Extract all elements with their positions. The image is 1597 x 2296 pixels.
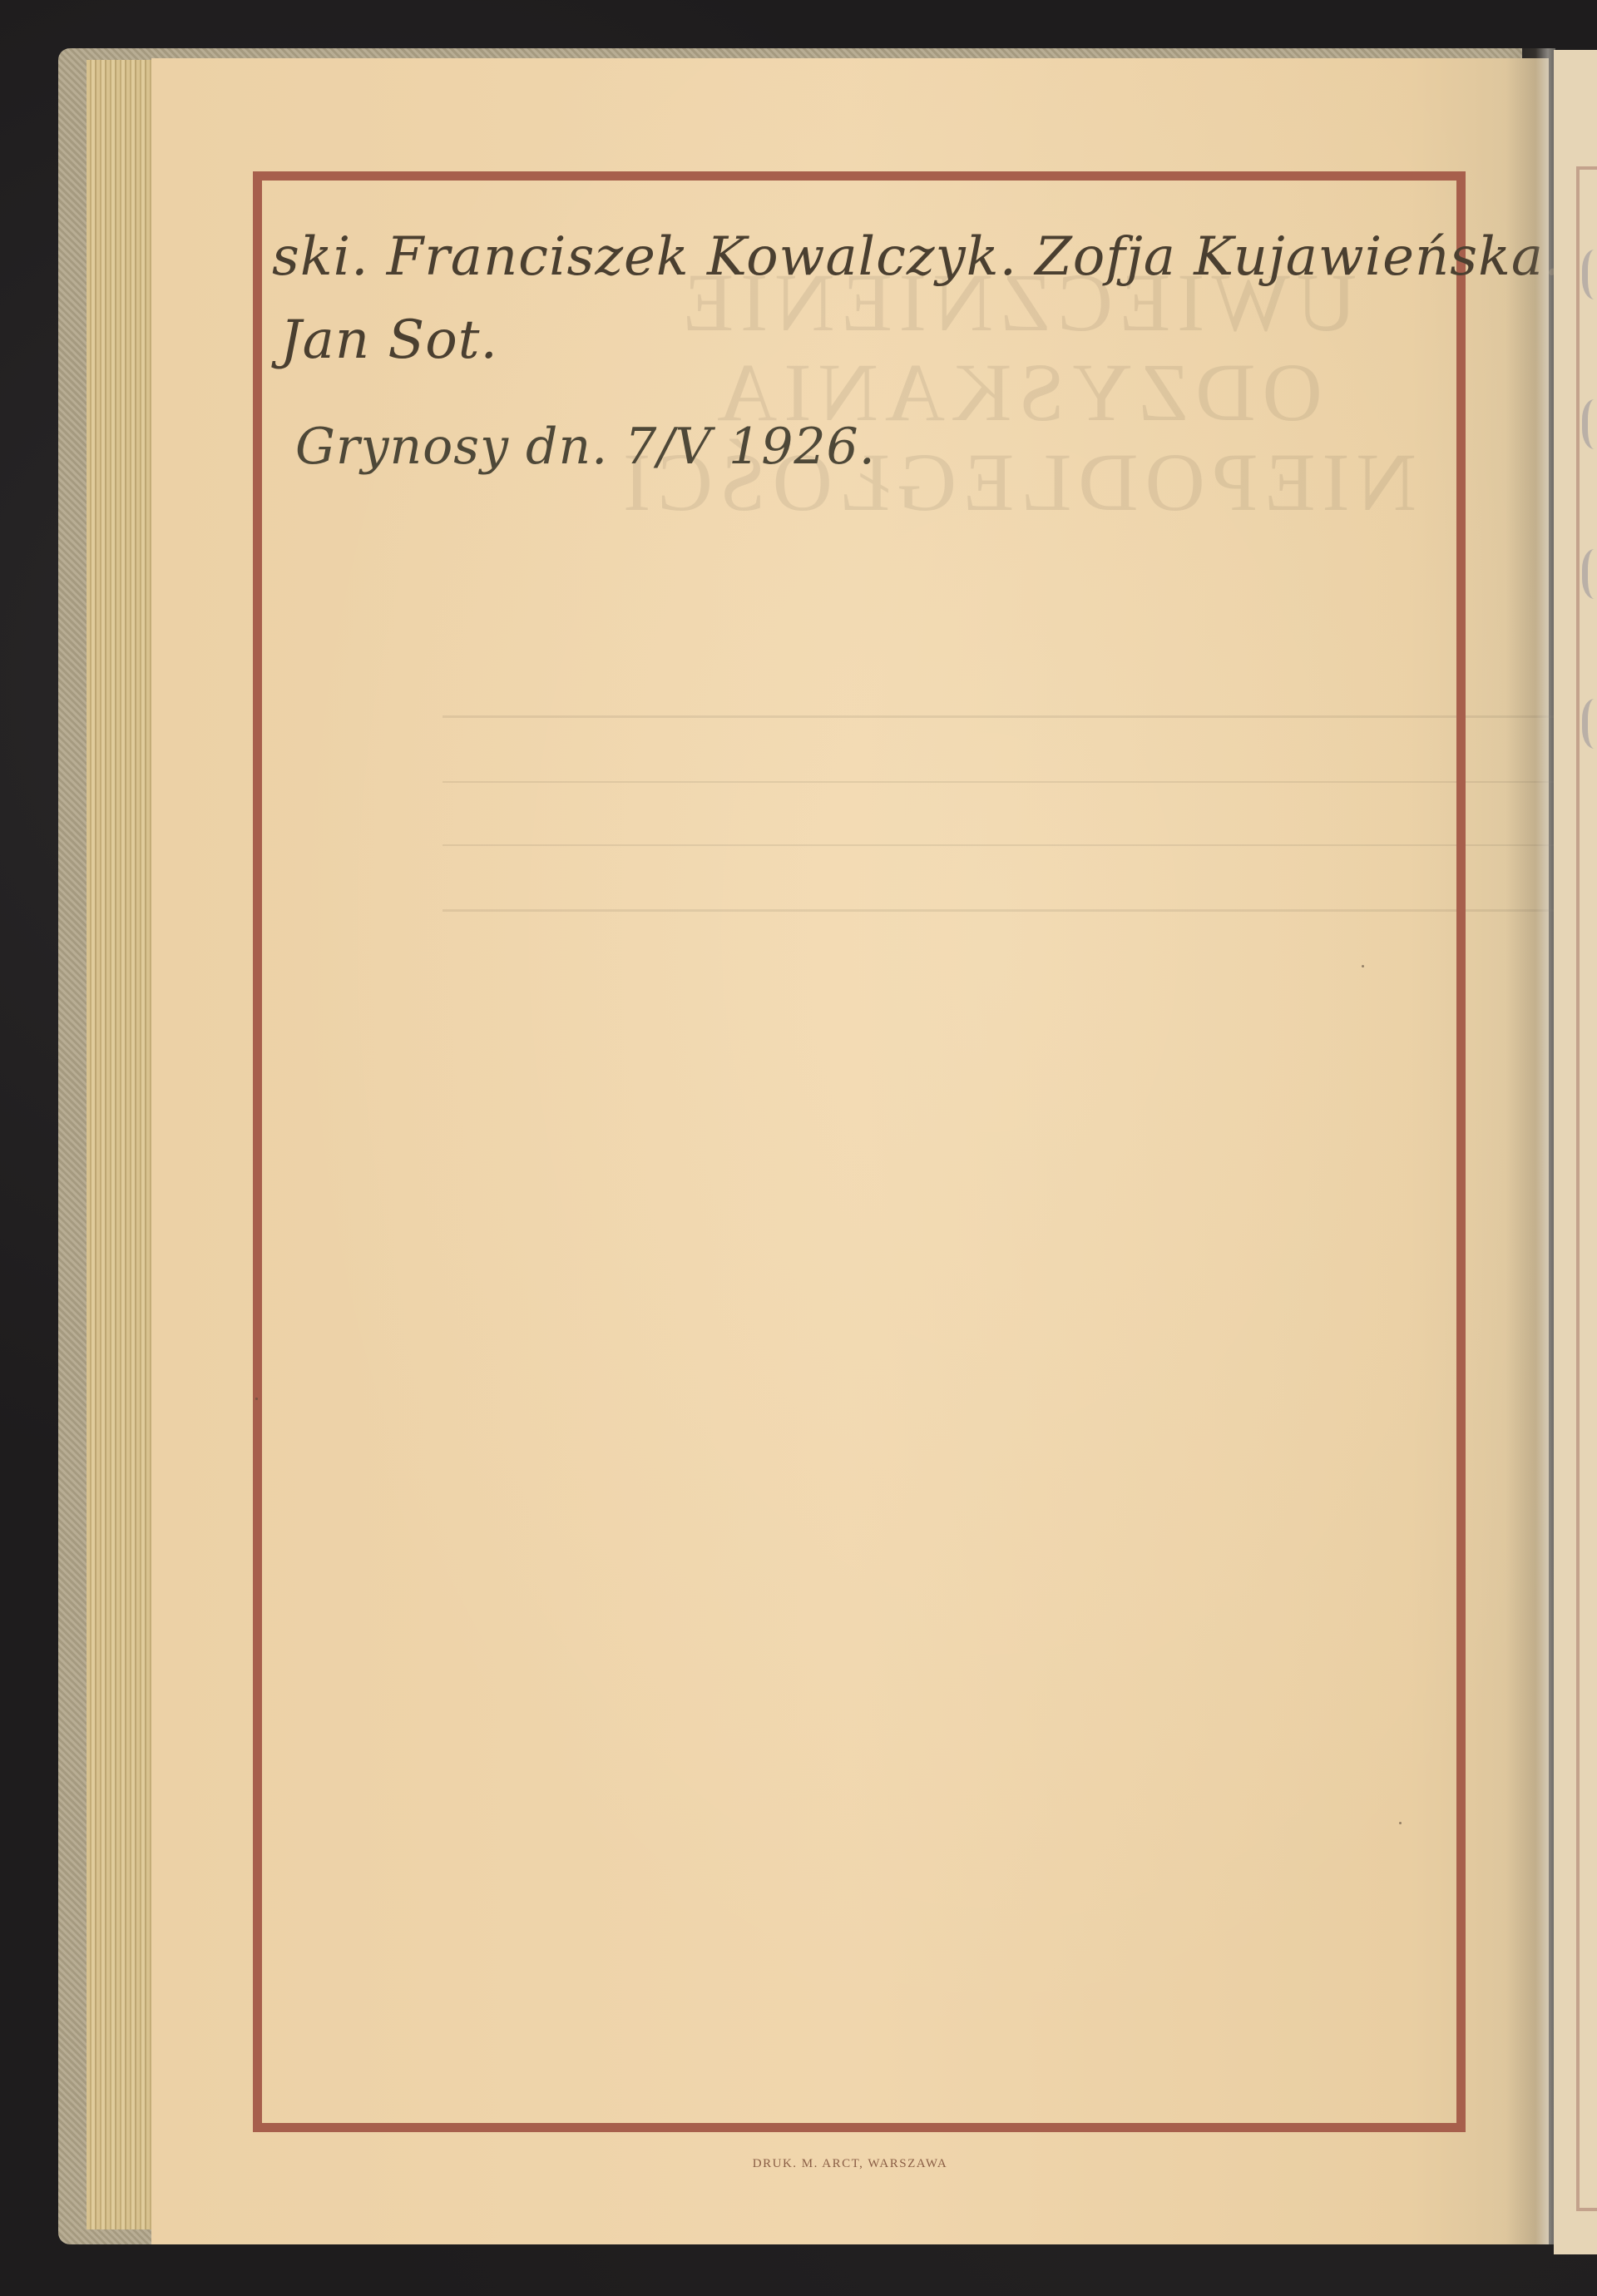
adjacent-page-frame [1576,166,1597,2211]
paper-speck [255,1398,258,1400]
handwritten-place-date: Grynosy dn. 7/V 1926. [295,418,876,476]
adjacent-page-glyph [1582,399,1597,449]
handwritten-name-jan-sot: Jan Sot. [280,309,498,371]
handwritten-names-line: ski. Franciszek Kowalczyk. Zofja Kujawie… [272,226,1561,288]
printer-mark: DRUK. M. ARCT, WARSZAWA [151,2157,1549,2171]
page-block-edges [87,60,153,2229]
decorative-frame: ski. Franciszek Kowalczyk. Zofja Kujawie… [253,171,1466,2132]
book-page: UWIECZNIENIE ODZYSKANIA NIEPODLEGŁOŚCI s… [151,58,1549,2244]
gutter-shadow [1506,48,1555,2244]
adjacent-page-glyph [1582,549,1597,599]
adjacent-page-edge [1554,50,1597,2254]
adjacent-page-glyph [1582,699,1597,749]
paper-speck [1362,965,1364,967]
adjacent-page-glyph [1582,250,1597,299]
paper-speck [1399,1822,1402,1824]
